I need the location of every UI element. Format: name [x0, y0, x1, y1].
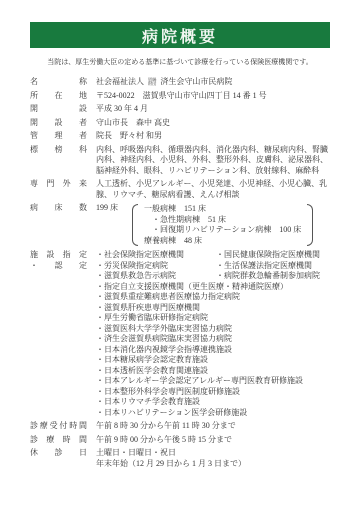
designation-item: ・日本リハビリテーション医学会研修施設 [96, 408, 330, 419]
designation-item: ・日本アレルギー学会認定アレルギー専門医教育研修施設 [96, 376, 330, 387]
row-special-clinics: 専門外来 人工透析、小児アレルギー、小児発達、小児神経、小児心臓、乳腺、リウマチ… [30, 179, 330, 200]
row-designations-label: 施設指定 ・認定 [30, 250, 87, 418]
onshi-zaidan-seal: 恩賜 財団 [148, 78, 156, 87]
row-closed-days-value: 土曜日・日曜日・祝日 年末年始（12 月 29 日から 1 月 3 日まで） [96, 448, 330, 469]
designation-item: ・滋賀県肝疾患専門医療機関 [96, 303, 330, 314]
designation-item: ・生活保護法指定医療機関 [216, 261, 330, 272]
row-administrator-value: 院長 野々村 和男 [96, 131, 330, 142]
org-suffix: 済生会守山市民病院 [160, 77, 232, 86]
row-reception-hours-label: 診療受付時間 [30, 421, 87, 432]
designation-item: ・病院群救急輪番制参加病院 [216, 271, 330, 282]
designation-item: ・滋賀県重症難病患者医療協力指定病院 [96, 292, 330, 303]
designation-item: ・国民健康保険指定医療機関 [216, 250, 330, 261]
row-founder: 開設者 守山市長 森中 高史 [30, 118, 330, 129]
row-beds: 病床数 199 床 一般病棟 151 床 ・急性期病棟 51 床 ・回復期リハビ… [30, 203, 330, 247]
designation-item: ・日本消化器内視鏡学会指導連携施設 [96, 345, 330, 356]
designation-item: ・社会保険指定医療機関 [96, 250, 216, 261]
row-name-value: 社会福祉法人 恩賜 財団 済生会守山市民病院 [96, 77, 330, 88]
designation-item: ・日本リウマチ学会教育施設 [96, 397, 330, 408]
intro-text: 当院は、厚生労働大臣の定める基準に基づいて診療を行っている保険医療機関です。 [30, 57, 330, 67]
row-founder-value: 守山市長 森中 高史 [96, 118, 330, 129]
row-departments-label: 標榜科 [30, 145, 87, 177]
row-address: 所在地 〒524-0022 滋賀県守山市守山四丁目 14 番 1 号 [30, 91, 330, 102]
beds-breakdown-line: ・回復期リハビリテーション病棟 100 床 [144, 225, 301, 236]
row-consult-hours-value: 午前 9 時 00 分から午後 5 時 15 分まで [96, 435, 330, 446]
title-banner: 病院概要 [30, 22, 330, 48]
designations-list: ・指定自立支援医療機関（更生医療・精神通院医療） ・滋賀県重症難病患者医療協力指… [96, 282, 330, 419]
row-administrator-label: 管理者 [30, 131, 87, 142]
beds-breakdown-line: 一般病棟 151 床 [144, 204, 301, 215]
designations-two-column-list: ・社会保険指定医療機関 ・国民健康保険指定医療機関 ・労災保険指定病院 ・生活保… [96, 250, 330, 282]
row-consult-hours: 診療時間 午前 9 時 00 分から午後 5 時 15 分まで [30, 435, 330, 446]
closed-days-line: 年末年始（12 月 29 日から 1 月 3 日まで） [96, 459, 330, 470]
row-special-clinics-value: 人工透析、小児アレルギー、小児発達、小児神経、小児心臓、乳腺、リウマチ、糖尿病看… [96, 179, 330, 200]
row-beds-label: 病床数 [30, 203, 87, 247]
designation-item: ・日本糖尿病学会認定教育施設 [96, 355, 330, 366]
designation-item: ・日本整形外科学会専門医制度研修施設 [96, 387, 330, 398]
designation-item: ・滋賀県救急告示病院 [96, 271, 216, 282]
row-designations-value: ・社会保険指定医療機関 ・国民健康保険指定医療機関 ・労災保険指定病院 ・生活保… [96, 250, 330, 418]
row-established: 開設 平成 30 年 4 月 [30, 104, 330, 115]
beds-breakdown: 一般病棟 151 床 ・急性期病棟 51 床 ・回復期リハビリテーション病棟 1… [140, 203, 305, 247]
beds-total: 199 床 [96, 203, 130, 247]
closed-days-line: 土曜日・日曜日・祝日 [96, 448, 330, 459]
designation-item: ・日本透析医学会教育関連施設 [96, 366, 330, 377]
row-departments: 標榜科 内科、呼吸器内科、循環器内科、消化器内科、糖尿病内科、腎臓内科、神経内科… [30, 145, 330, 177]
designation-item: ・労災保険指定病院 [96, 261, 216, 272]
right-bracket-shape [307, 204, 313, 246]
row-address-label: 所在地 [30, 91, 87, 102]
designation-item: ・厚生労働省臨床研修指定病院 [96, 313, 330, 324]
designation-item: ・指定自立支援医療機関（更生医療・精神通院医療） [96, 282, 330, 293]
beds-breakdown-line: 療養病棟 48 床 [144, 236, 301, 247]
row-closed-days-label: 休診日 [30, 448, 87, 469]
row-reception-hours: 診療受付時間 午前 8 時 30 分から午前 11 時 30 分まで [30, 421, 330, 432]
left-bracket-shape [132, 204, 138, 246]
row-consult-hours-label: 診療時間 [30, 435, 87, 446]
row-established-value: 平成 30 年 4 月 [96, 104, 330, 115]
row-closed-days: 休診日 土曜日・日曜日・祝日 年末年始（12 月 29 日から 1 月 3 日ま… [30, 448, 330, 469]
hospital-overview-document: 病院概要 当院は、厚生労働大臣の定める基準に基づいて診療を行っている保険医療機関… [0, 0, 360, 509]
row-name-label: 名称 [30, 77, 87, 88]
row-founder-label: 開設者 [30, 118, 87, 129]
row-designations: 施設指定 ・認定 ・社会保険指定医療機関 ・国民健康保険指定医療機関 ・労災保険… [30, 250, 330, 418]
row-established-label: 開設 [30, 104, 87, 115]
row-beds-value: 199 床 一般病棟 151 床 ・急性期病棟 51 床 ・回復期リハビリテーシ… [96, 203, 330, 247]
page-title: 病院概要 [142, 24, 218, 47]
org-prefix: 社会福祉法人 [96, 77, 144, 86]
info-table: 名称 社会福祉法人 恩賜 財団 済生会守山市民病院 所在地 〒524-0022 … [30, 77, 330, 469]
row-reception-hours-value: 午前 8 時 30 分から午前 11 時 30 分まで [96, 421, 330, 432]
row-name: 名称 社会福祉法人 恩賜 財団 済生会守山市民病院 [30, 77, 330, 88]
row-administrator: 管理者 院長 野々村 和男 [30, 131, 330, 142]
row-departments-value: 内科、呼吸器内科、循環器内科、消化器内科、糖尿病内科、腎臓内科、神経内科、小児科… [96, 145, 330, 177]
row-address-value: 〒524-0022 滋賀県守山市守山四丁目 14 番 1 号 [96, 91, 330, 102]
beds-breakdown-line: ・急性期病棟 51 床 [144, 215, 301, 226]
designation-item: ・滋賀医科大学学外臨床実習協力病院 [96, 324, 330, 335]
designation-item: ・済生会滋賀県病院臨床実習協力病院 [96, 334, 330, 345]
row-special-clinics-label: 専門外来 [30, 179, 87, 200]
